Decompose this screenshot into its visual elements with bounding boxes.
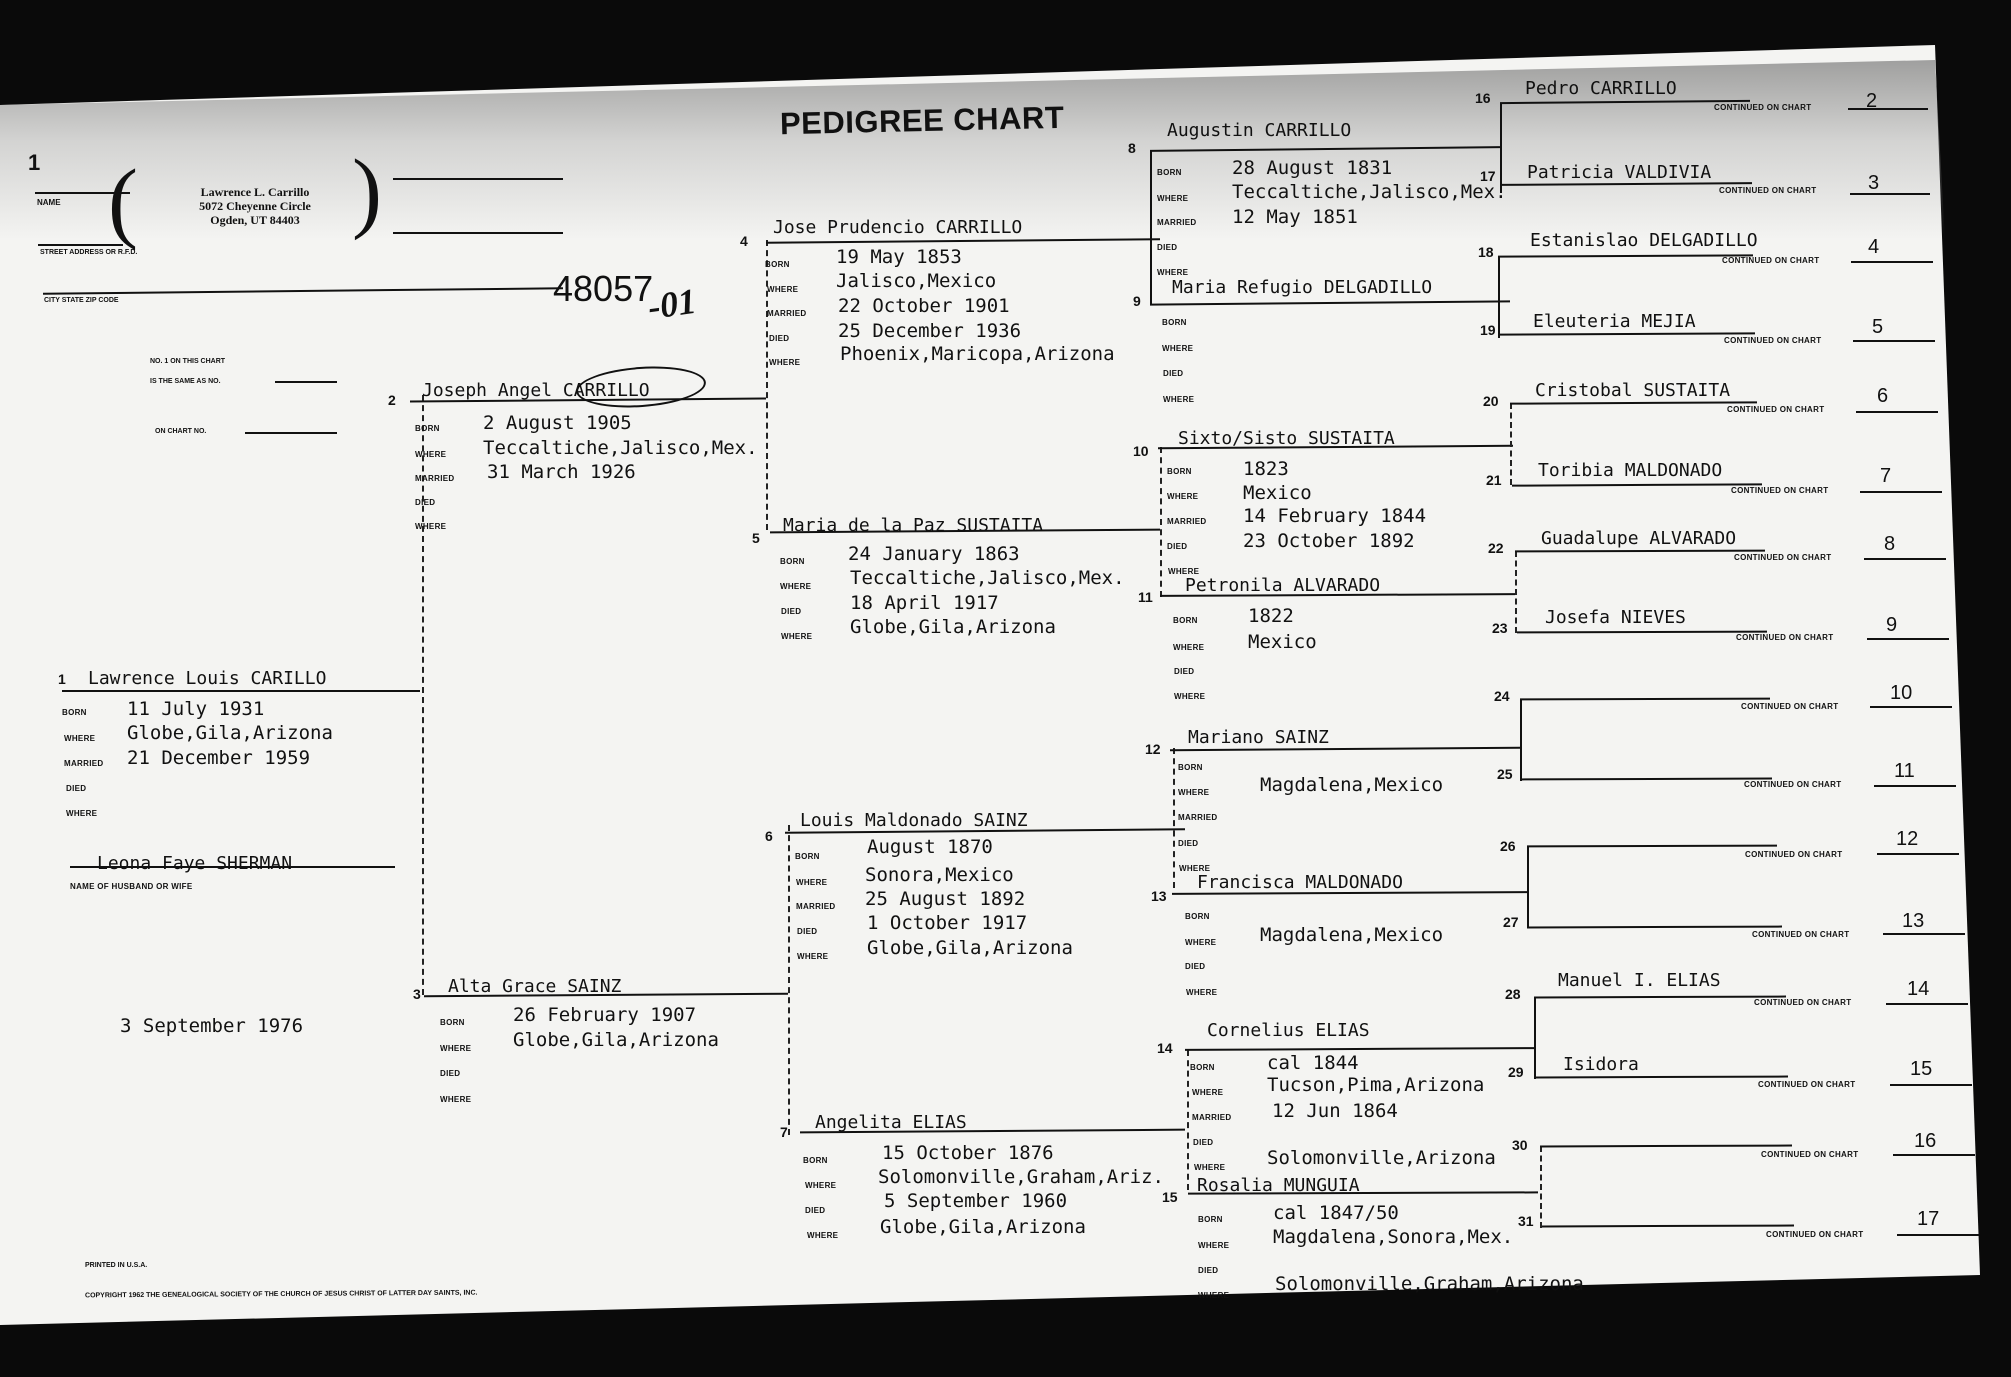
person-13-number: 13 xyxy=(1151,888,1167,904)
person-6-name: Louis Maldonado SAINZ xyxy=(800,810,1028,831)
where-label: WHERE xyxy=(1192,1088,1223,1097)
gen5-number: 31 xyxy=(1518,1213,1534,1229)
gen5-number: 18 xyxy=(1478,244,1494,260)
person-6-died: 1 October 1917 xyxy=(867,912,1027,934)
on-chart-line xyxy=(245,432,337,434)
gen5-number: 21 xyxy=(1486,472,1502,488)
born-label: BORN xyxy=(1178,763,1203,772)
gen5-name: Josefa NIEVES xyxy=(1545,607,1686,628)
where-label: WHERE xyxy=(64,734,95,743)
person-10-number: 10 xyxy=(1133,443,1149,459)
continued-line xyxy=(1874,785,1956,787)
died-label: DIED xyxy=(1193,1138,1213,1147)
person-4-died: 25 December 1936 xyxy=(838,320,1021,342)
died-label: DIED xyxy=(797,927,817,936)
person-10-died: 23 October 1892 xyxy=(1243,530,1415,552)
person-15-died-where: Solomonville,Graham,Arizona xyxy=(1275,1273,1584,1295)
continued-chart-number[interactable]: 16 xyxy=(1914,1130,1936,1153)
compiler-street: 5072 Cheyenne Circle xyxy=(160,199,350,213)
person-11-where: Mexico xyxy=(1248,631,1317,653)
person-3-where: Globe,Gila,Arizona xyxy=(513,1029,719,1051)
person-4-number: 4 xyxy=(740,233,748,249)
person-1-born: 11 July 1931 xyxy=(127,698,264,720)
bracket-22-23 xyxy=(1515,551,1517,633)
person-12-where: Magdalena,Mexico xyxy=(1260,774,1443,796)
where-label: WHERE xyxy=(1167,492,1198,501)
person-14-where: Tucson,Pima,Arizona xyxy=(1267,1074,1484,1096)
continued-line xyxy=(1897,1234,1979,1236)
bracket-6-7 xyxy=(788,825,790,1135)
continued-chart-number[interactable]: 3 xyxy=(1868,172,1879,195)
continued-label: CONTINUED ON CHART xyxy=(1719,186,1816,195)
person-8-born: 28 August 1831 xyxy=(1232,157,1392,179)
continued-line xyxy=(1853,340,1935,342)
died-label: DIED xyxy=(1167,542,1187,551)
close-bracket: ) xyxy=(352,140,382,243)
gen5-name: Estanislao DELGADILLO xyxy=(1530,230,1758,251)
person-3-born: 26 February 1907 xyxy=(513,1004,696,1026)
continued-label: CONTINUED ON CHART xyxy=(1741,702,1838,711)
died-where-label: WHERE xyxy=(415,522,446,531)
continued-chart-number[interactable]: 12 xyxy=(1896,828,1918,851)
person-1-name: Lawrence Louis CARILLO xyxy=(88,668,326,689)
died-where-label: WHERE xyxy=(66,809,97,818)
person-3-number: 3 xyxy=(413,986,421,1002)
pedigree-chart-document: PEDIGREE CHART 1 NAME STREET ADDRESS OR … xyxy=(0,0,2011,1377)
person-9-number: 9 xyxy=(1133,293,1141,309)
continued-label: CONTINUED ON CHART xyxy=(1766,1230,1863,1239)
born-label: BORN xyxy=(795,852,820,861)
gen5-number: 22 xyxy=(1488,540,1504,556)
continued-chart-number[interactable]: 9 xyxy=(1886,614,1897,637)
died-label: DIED xyxy=(1178,839,1198,848)
gen5-number: 23 xyxy=(1492,620,1508,636)
gen5-name: Toribia MALDONADO xyxy=(1538,460,1722,481)
died-where-label: WHERE xyxy=(1174,692,1205,701)
married-label: MARRIED xyxy=(767,309,806,318)
continued-chart-number[interactable]: 5 xyxy=(1872,316,1883,339)
person-6-where: Sonora,Mexico xyxy=(865,864,1014,886)
person-6-born: August 1870 xyxy=(867,836,993,858)
where-label: WHERE xyxy=(1157,194,1188,203)
on-chart-label: ON CHART NO. xyxy=(155,428,206,435)
continued-line xyxy=(1886,1003,1968,1005)
compiler-city: Ogden, UT 84403 xyxy=(160,213,350,227)
where-label: WHERE xyxy=(780,582,811,591)
died-where-label: WHERE xyxy=(1198,1291,1229,1300)
city-label: CITY STATE ZIP CODE xyxy=(44,297,119,304)
person-4-born: 19 May 1853 xyxy=(836,246,962,268)
continued-label: CONTINUED ON CHART xyxy=(1722,256,1819,265)
gen5-name: Patricia VALDIVIA xyxy=(1527,162,1711,183)
bracket-16-17 xyxy=(1500,103,1502,193)
continued-line xyxy=(1860,491,1942,493)
page-title: PEDIGREE CHART xyxy=(780,100,1065,142)
died-label: DIED xyxy=(1185,962,1205,971)
person-2-married: 31 March 1926 xyxy=(487,461,636,483)
continued-line xyxy=(1870,706,1952,708)
person-8-number: 8 xyxy=(1128,140,1136,156)
continued-label: CONTINUED ON CHART xyxy=(1752,930,1849,939)
continued-line xyxy=(1850,193,1930,195)
spouse-name: Leona Faye SHERMAN xyxy=(97,853,292,874)
continued-label: CONTINUED ON CHART xyxy=(1734,553,1831,562)
continued-label: CONTINUED ON CHART xyxy=(1744,780,1841,789)
person-7-where: Solomonville,Graham,Ariz. xyxy=(878,1166,1164,1188)
continued-line xyxy=(1848,108,1928,110)
where-label: WHERE xyxy=(440,1044,471,1053)
where-label: WHERE xyxy=(1162,344,1193,353)
person-5-died-where: Globe,Gila,Arizona xyxy=(850,616,1056,638)
gen5-number: 29 xyxy=(1508,1064,1524,1080)
person-4-died-where: Phoenix,Maricopa,Arizona xyxy=(840,343,1115,365)
married-label: MARRIED xyxy=(64,759,103,768)
continued-label: CONTINUED ON CHART xyxy=(1761,1150,1858,1159)
person-8-where: Teccaltiche,Jalisco,Mex. xyxy=(1232,181,1507,203)
died-where-label: WHERE xyxy=(807,1231,838,1240)
born-label: BORN xyxy=(1190,1063,1215,1072)
where-label: WHERE xyxy=(415,450,446,459)
person-12-number: 12 xyxy=(1145,741,1161,757)
gen5-number: 30 xyxy=(1512,1137,1528,1153)
person-6-died-where: Globe,Gila,Arizona xyxy=(867,937,1073,959)
continued-chart-number[interactable]: 15 xyxy=(1910,1058,1932,1081)
married-label: MARRIED xyxy=(1192,1113,1231,1122)
person-5-died: 18 April 1917 xyxy=(850,592,999,614)
born-label: BORN xyxy=(1173,616,1198,625)
gen5-number: 26 xyxy=(1500,838,1516,854)
person-2-born: 2 August 1905 xyxy=(483,412,632,434)
continued-label: CONTINUED ON CHART xyxy=(1736,633,1833,642)
continued-chart-number[interactable]: 6 xyxy=(1877,385,1888,408)
person-5-born: 24 January 1863 xyxy=(848,543,1020,565)
gen5-number: 17 xyxy=(1480,168,1496,184)
spouse-line xyxy=(70,866,395,868)
person-13-name: Francisca MALDONADO xyxy=(1197,872,1403,893)
gen5-name: Eleuteria MEJIA xyxy=(1533,311,1696,332)
born-label: BORN xyxy=(1167,467,1192,476)
person-14-died-where: Solomonville,Arizona xyxy=(1267,1147,1496,1169)
person-10-where: Mexico xyxy=(1243,482,1312,504)
died-label: DIED xyxy=(1163,369,1183,378)
born-label: BORN xyxy=(62,708,87,717)
printed-notice: PRINTED IN U.S.A. xyxy=(85,1262,147,1269)
person-6-number: 6 xyxy=(765,828,773,844)
where-label: WHERE xyxy=(1198,1241,1229,1250)
continued-line xyxy=(1877,853,1959,855)
died-where-label: WHERE xyxy=(781,632,812,641)
name-label: NAME xyxy=(37,198,61,207)
bracket-10-11 xyxy=(1160,447,1162,597)
where-label: WHERE xyxy=(1185,938,1216,947)
chart-number-corner: 1 xyxy=(28,150,40,176)
died-where-label: WHERE xyxy=(797,952,828,961)
died-label: DIED xyxy=(769,334,789,343)
person-9-name: Maria Refugio DELGADILLO xyxy=(1172,277,1432,298)
person-12-name: Mariano SAINZ xyxy=(1188,727,1329,748)
person-5-where: Teccaltiche,Jalisco,Mex. xyxy=(850,567,1125,589)
born-label: BORN xyxy=(440,1018,465,1027)
bracket-2-3 xyxy=(422,395,424,995)
bracket-30-31 xyxy=(1540,1146,1542,1228)
gen5-name: Cristobal SUSTAITA xyxy=(1535,380,1730,401)
where-label: WHERE xyxy=(805,1181,836,1190)
same-as-line xyxy=(275,381,337,383)
gen5-number: 27 xyxy=(1503,914,1519,930)
born-label: BORN xyxy=(765,260,790,269)
date-prepared: 3 September 1976 xyxy=(120,1015,303,1037)
gen5-name: Isidora xyxy=(1563,1054,1639,1075)
header-line-2 xyxy=(393,232,563,234)
died-where-label: WHERE xyxy=(440,1095,471,1104)
person-15-number: 15 xyxy=(1162,1189,1178,1205)
same-as-label-2: IS THE SAME AS NO. xyxy=(150,378,221,385)
continued-label: CONTINUED ON CHART xyxy=(1727,405,1824,414)
person-1-married: 21 December 1959 xyxy=(127,747,310,769)
died-label: DIED xyxy=(66,784,86,793)
bracket-26-27 xyxy=(1527,846,1529,928)
open-bracket: ( xyxy=(108,150,138,253)
married-label: MARRIED xyxy=(415,474,454,483)
bracket-4-5 xyxy=(766,240,768,530)
person-8-married: 12 May 1851 xyxy=(1232,206,1358,228)
person-7-born: 15 October 1876 xyxy=(882,1142,1054,1164)
same-as-label-1: NO. 1 ON THIS CHART xyxy=(150,358,225,365)
reference-suffix: -01 xyxy=(645,280,698,328)
person-11-born: 1822 xyxy=(1248,605,1294,627)
bracket-12-13 xyxy=(1173,748,1175,888)
continued-label: CONTINUED ON CHART xyxy=(1745,850,1842,859)
gen5-name: Guadalupe ALVARADO xyxy=(1541,528,1736,549)
person-15-where: Magdalena,Sonora,Mex. xyxy=(1273,1226,1513,1248)
died-label: DIED xyxy=(1174,667,1194,676)
continued-line xyxy=(1851,261,1933,263)
continued-line xyxy=(1867,638,1949,640)
person-4-where: Jalisco,Mexico xyxy=(836,270,996,292)
born-label: BORN xyxy=(1198,1215,1223,1224)
continued-label: CONTINUED ON CHART xyxy=(1754,998,1851,1007)
reference-number: 48057 xyxy=(553,268,653,310)
person-4-married: 22 October 1901 xyxy=(838,295,1010,317)
gen5-name: Manuel I. ELIAS xyxy=(1558,970,1721,991)
gen5-name: Pedro CARRILLO xyxy=(1525,78,1677,99)
died-label: DIED xyxy=(805,1206,825,1215)
continued-label: CONTINUED ON CHART xyxy=(1714,103,1811,112)
died-label: DIED xyxy=(415,498,435,507)
header-line-1 xyxy=(393,178,563,180)
died-label: DIED xyxy=(440,1069,460,1078)
continued-chart-number[interactable]: 17 xyxy=(1917,1208,1939,1231)
continued-line xyxy=(1883,933,1965,935)
continued-label: CONTINUED ON CHART xyxy=(1731,486,1828,495)
died-where-label: WHERE xyxy=(1194,1163,1225,1172)
person-14-married: 12 Jun 1864 xyxy=(1272,1100,1398,1122)
person-14-number: 14 xyxy=(1157,1040,1173,1056)
died-where-label: WHERE xyxy=(1186,988,1217,997)
continued-chart-number[interactable]: 13 xyxy=(1902,910,1924,933)
continued-line xyxy=(1864,558,1946,560)
continued-chart-number[interactable]: 10 xyxy=(1890,682,1912,705)
bracket-24-25 xyxy=(1520,699,1522,781)
continued-label: CONTINUED ON CHART xyxy=(1724,336,1821,345)
died-where-label: WHERE xyxy=(1157,268,1188,277)
person-4-name: Jose Prudencio CARRILLO xyxy=(773,217,1022,238)
died-label: DIED xyxy=(1198,1266,1218,1275)
continued-chart-number[interactable]: 4 xyxy=(1868,236,1879,259)
born-label: BORN xyxy=(1162,318,1187,327)
born-label: BORN xyxy=(780,557,805,566)
continued-line xyxy=(1856,411,1938,413)
bracket-28-29 xyxy=(1534,997,1536,1079)
gen5-number: 16 xyxy=(1475,90,1491,106)
died-where-label: WHERE xyxy=(769,358,800,367)
person-15-born: cal 1847/50 xyxy=(1273,1202,1399,1224)
married-label: MARRIED xyxy=(1178,813,1217,822)
person-10-married: 14 February 1844 xyxy=(1243,505,1426,527)
born-label: BORN xyxy=(803,1156,828,1165)
person-11-name: Petronila ALVARADO xyxy=(1185,575,1380,596)
bracket-18-19 xyxy=(1498,256,1500,338)
gen5-number: 19 xyxy=(1480,322,1496,338)
compiler-name: Lawrence L. Carrillo xyxy=(160,185,350,199)
gen5-number: 24 xyxy=(1494,688,1510,704)
gen5-number: 20 xyxy=(1483,393,1499,409)
compiler-address: Lawrence L. Carrillo 5072 Cheyenne Circl… xyxy=(160,185,350,227)
bracket-14-15 xyxy=(1187,1050,1189,1190)
person-1-line xyxy=(62,690,420,692)
person-8-name: Augustin CARRILLO xyxy=(1167,120,1351,141)
continued-chart-number[interactable]: 8 xyxy=(1884,533,1895,556)
person-14-name: Cornelius ELIAS xyxy=(1207,1020,1370,1041)
bracket-8-9 xyxy=(1150,150,1152,305)
continued-label: CONTINUED ON CHART xyxy=(1758,1080,1855,1089)
died-label: DIED xyxy=(1157,243,1177,252)
person-6-married: 25 August 1892 xyxy=(865,888,1025,910)
continued-chart-number[interactable]: 11 xyxy=(1894,760,1915,783)
gen5-number: 28 xyxy=(1505,986,1521,1002)
person-11-number: 11 xyxy=(1138,589,1153,605)
person-5-number: 5 xyxy=(752,530,760,546)
spouse-label: NAME OF HUSBAND OR WIFE xyxy=(70,882,192,891)
born-label: BORN xyxy=(1157,168,1182,177)
where-label: WHERE xyxy=(1178,788,1209,797)
continued-chart-number[interactable]: 7 xyxy=(1880,465,1891,488)
person-7-died-where: Globe,Gila,Arizona xyxy=(880,1216,1086,1238)
died-label: DIED xyxy=(781,607,801,616)
married-label: MARRIED xyxy=(1157,218,1196,227)
born-label: BORN xyxy=(415,424,440,433)
married-label: MARRIED xyxy=(1167,517,1206,526)
person-1-where: Globe,Gila,Arizona xyxy=(127,722,333,744)
born-label: BORN xyxy=(1185,912,1210,921)
person-7-died: 5 September 1960 xyxy=(884,1190,1067,1212)
person-7-number: 7 xyxy=(780,1124,788,1140)
person-14-born: cal 1844 xyxy=(1267,1052,1359,1074)
where-label: WHERE xyxy=(1173,643,1204,652)
person-10-born: 1823 xyxy=(1243,458,1289,480)
continued-line xyxy=(1893,1154,1975,1156)
person-13-where: Magdalena,Mexico xyxy=(1260,924,1443,946)
person-2-number: 2 xyxy=(388,392,396,408)
bracket-20-21 xyxy=(1510,403,1512,485)
gen5-number: 25 xyxy=(1497,766,1513,782)
continued-chart-number[interactable]: 14 xyxy=(1907,978,1929,1001)
where-label: WHERE xyxy=(767,285,798,294)
person-1-number: 1 xyxy=(58,671,66,687)
continued-line xyxy=(1890,1084,1972,1086)
person-2-where: Teccaltiche,Jalisco,Mex. xyxy=(483,437,758,459)
where-label: WHERE xyxy=(796,878,827,887)
died-where-label: WHERE xyxy=(1163,395,1194,404)
married-label: MARRIED xyxy=(796,902,835,911)
